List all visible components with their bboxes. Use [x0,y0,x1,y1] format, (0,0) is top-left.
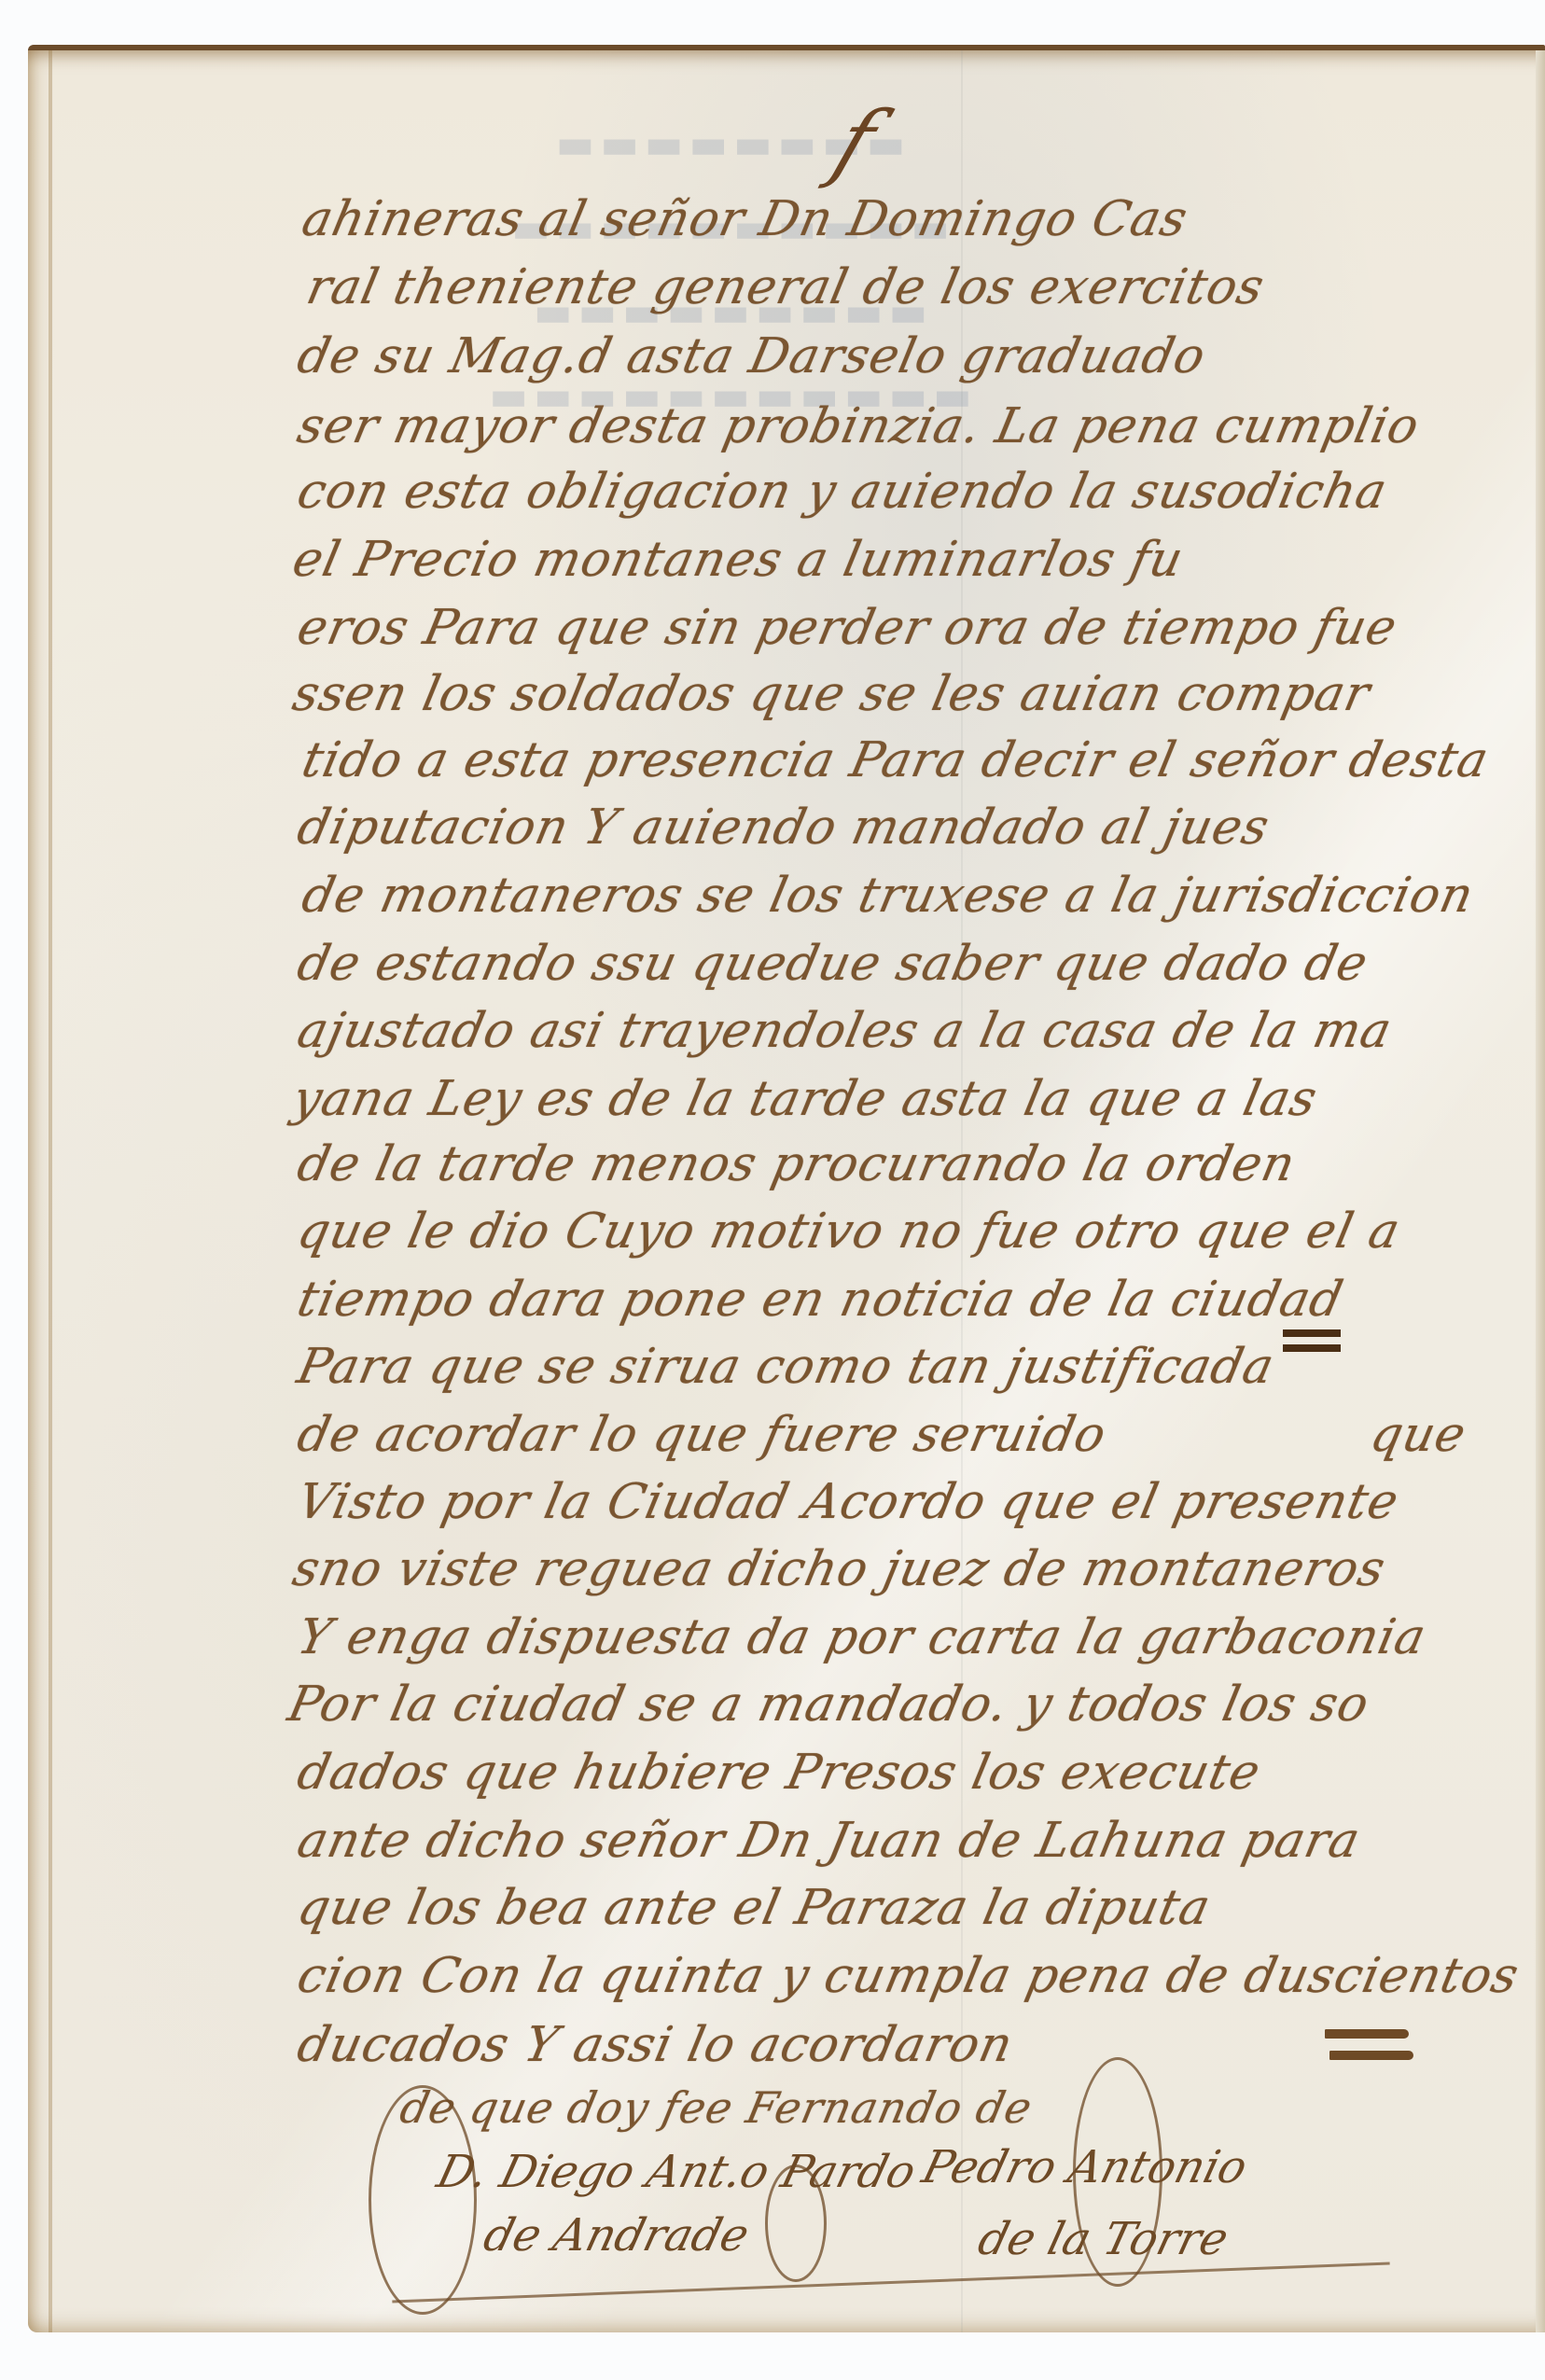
text-line: sno viste reguea dicho juez de montanero… [288,1541,1391,1597]
text-line: ser mayor desta probinzia. La pena cumpl… [293,398,1425,454]
text-line: dados que hubiere Presos los execute [293,1745,1266,1801]
text-line: ante dicho señor Dn Juan de Lahuna para [293,1813,1366,1869]
text-line: Por la ciudad se a mandado. y todos los … [284,1677,1374,1733]
text-line: de acordar lo que fuere seruido [293,1407,1112,1463]
text-line: ahineras al señor Dn Domingo Cas [298,191,1193,247]
flourish-stroke [1329,2051,1413,2060]
text-line: ajustado asi trayendoles a la casa de la… [293,1003,1398,1059]
text-line: ssen los soldados que se les auian compa… [288,666,1376,722]
text-line: que los bea ante el Paraza la diputa [293,1880,1216,1936]
text-line: con esta obligacion y auiendo la susodic… [293,464,1393,520]
text-line: Visto por la Ciudad Acordo que el presen… [293,1474,1404,1530]
text-line: de su Mag.d asta Darselo graduado [293,328,1211,384]
double-dash-mark [1283,1329,1341,1337]
flourish-stroke [1325,2029,1409,2039]
signature-flourish [369,2085,477,2315]
signature-right-line1: Pedro Antonio [917,2141,1252,2193]
text-line: diputacion Y auiendo mandado al jues [293,800,1274,856]
text-line: de estando ssu quedue saber que dado de [293,936,1373,992]
signature-right-line2: de la Torre [973,2213,1233,2265]
text-line: el Precio montanes a luminarlos fu [288,532,1189,588]
text-line: ducados Y assi lo acordaron [293,2017,1019,2073]
text-line: tido a esta presencia Para decir el seño… [298,732,1494,788]
text-line: cion Con la quinta y cumpla pena de dusc… [293,1948,1524,2004]
text-line: Para que se sirua como tan justificada [293,1339,1280,1395]
text-line: tiempo dara pone en noticia de la ciudad [293,1272,1349,1328]
text-line: de montaneros se los truxese a la jurisd… [298,868,1480,924]
text-line: Y enga dispuesta da por carta la garbaco… [293,1609,1431,1665]
text-line: de la tarde menos procurando la orden [293,1136,1301,1192]
text-line: que le dio Cuyo motivo no fue otro que e… [293,1204,1406,1260]
text-line: yana Ley es de la tarde asta la que a la… [288,1071,1323,1127]
binding-edge [1536,50,1545,2332]
text-line: de que doy fee Fernando de [396,2082,1037,2133]
text-line: eros Para que sin perder ora de tiempo f… [293,600,1402,656]
text-line: que [1366,1407,1471,1463]
signature-left-line2: de Andrade [479,2209,754,2262]
text-line: ral theniente general de los exercitos [302,259,1270,315]
signature-left-line1: D. Diego Ant.o Pardo [432,2146,921,2198]
